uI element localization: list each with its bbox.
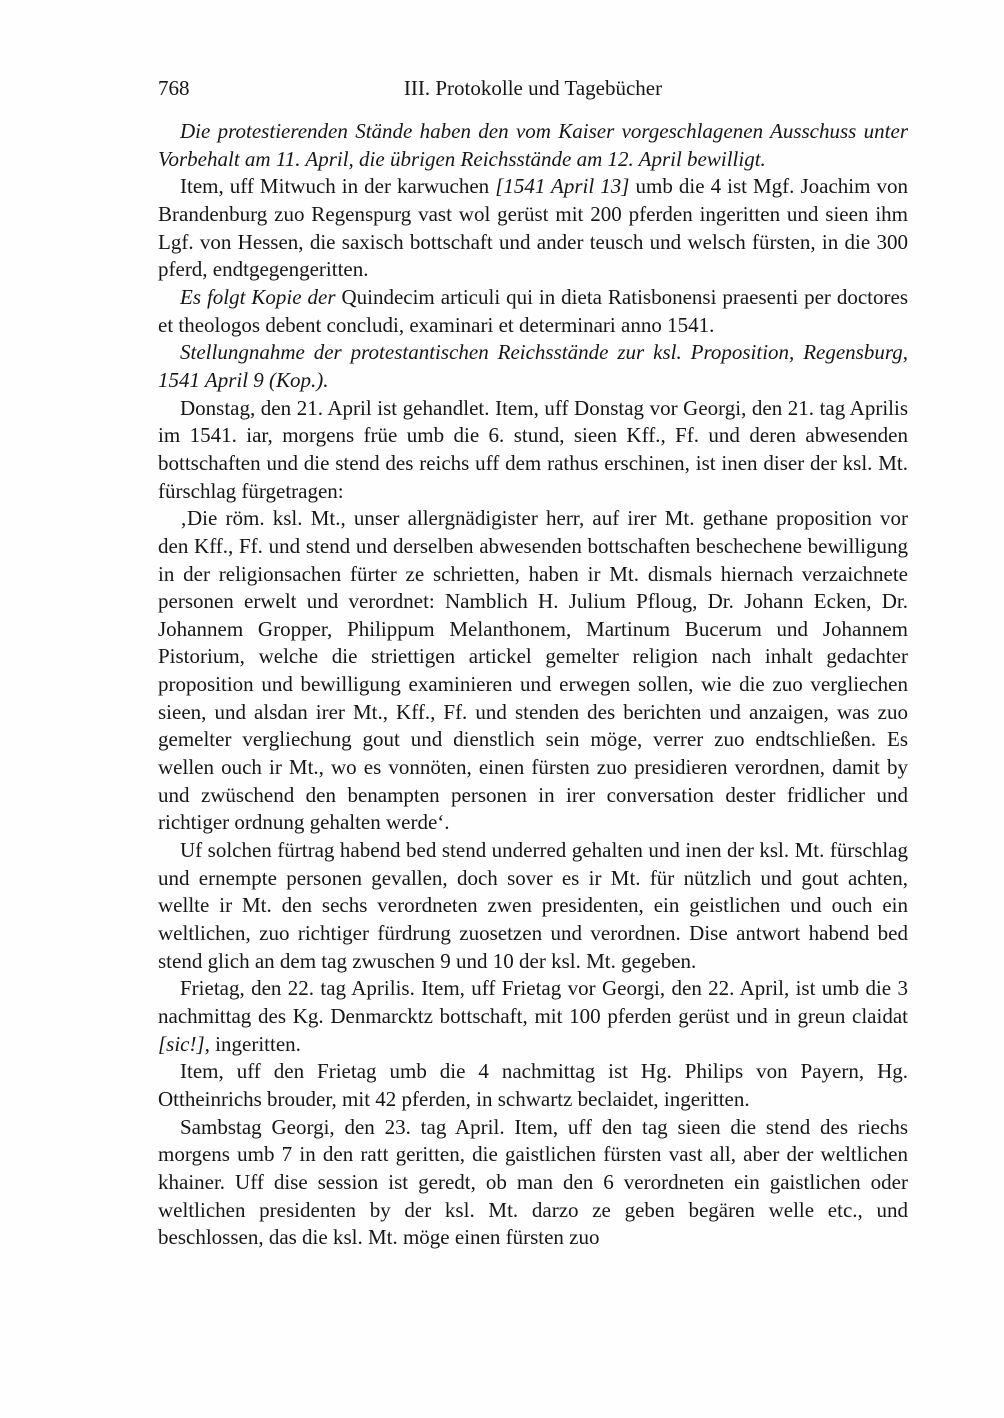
text-segment-sic-note: [sic!] [158, 1032, 205, 1056]
text-segment: Es folgt Kopie der [180, 285, 341, 309]
text-segment: ‚Die röm. ksl. Mt., unser allergnädigist… [158, 506, 908, 834]
text-segment: Donstag, den 21. April ist gehandlet. It… [158, 396, 908, 503]
paragraph-proposition-quote: ‚Die röm. ksl. Mt., unser allergnädigist… [158, 505, 908, 837]
text-segment: Die protestierenden Stände haben den vom… [158, 119, 908, 171]
page-number: 768 [158, 76, 190, 100]
book-page: 768 III. Protokolle und Tagebücher Die p… [0, 0, 1004, 1418]
paragraph-entry-april-22b: Item, uff den Frietag umb die 4 nachmitt… [158, 1058, 908, 1113]
paragraph-entry-april-21: Donstag, den 21. April ist gehandlet. It… [158, 395, 908, 506]
text-segment: Item, uff den Frietag umb die 4 nachmitt… [158, 1059, 908, 1111]
running-head: III. Protokolle und Tagebücher [158, 76, 908, 100]
paragraph-entry-april-23: Sambstag Georgi, den 23. tag April. Item… [158, 1114, 908, 1252]
paragraph-entry-april-22: Frietag, den 22. tag Aprilis. Item, uff … [158, 975, 908, 1058]
paragraph-entry-april-13: Item, uff Mitwuch in der karwuchen [1541… [158, 173, 908, 284]
text-segment: Stellungnahme der protestantischen Reich… [158, 340, 908, 392]
text-segment: Uf solchen fürtrag habend bed stend unde… [158, 838, 908, 973]
paragraph-editorial-note-1: Die protestierenden Stände haben den vom… [158, 118, 908, 173]
paragraph-answer-of-estates: Uf solchen fürtrag habend bed stend unde… [158, 837, 908, 975]
text-block: Die protestierenden Stände haben den vom… [158, 118, 908, 1252]
text-segment: Frietag, den 22. tag Aprilis. Item, uff … [158, 976, 908, 1028]
paragraph-editorial-note-3: Stellungnahme der protestantischen Reich… [158, 339, 908, 394]
text-segment: Item, uff Mitwuch in der karwuchen [180, 174, 495, 198]
paragraph-editorial-note-2: Es folgt Kopie der Quindecim articuli qu… [158, 284, 908, 339]
text-segment: , ingeritten. [205, 1032, 301, 1056]
text-segment-date-insertion: [1541 April 13] [495, 174, 629, 198]
page-header: 768 III. Protokolle und Tagebücher [158, 76, 908, 104]
text-segment: Sambstag Georgi, den 23. tag April. Item… [158, 1115, 908, 1250]
